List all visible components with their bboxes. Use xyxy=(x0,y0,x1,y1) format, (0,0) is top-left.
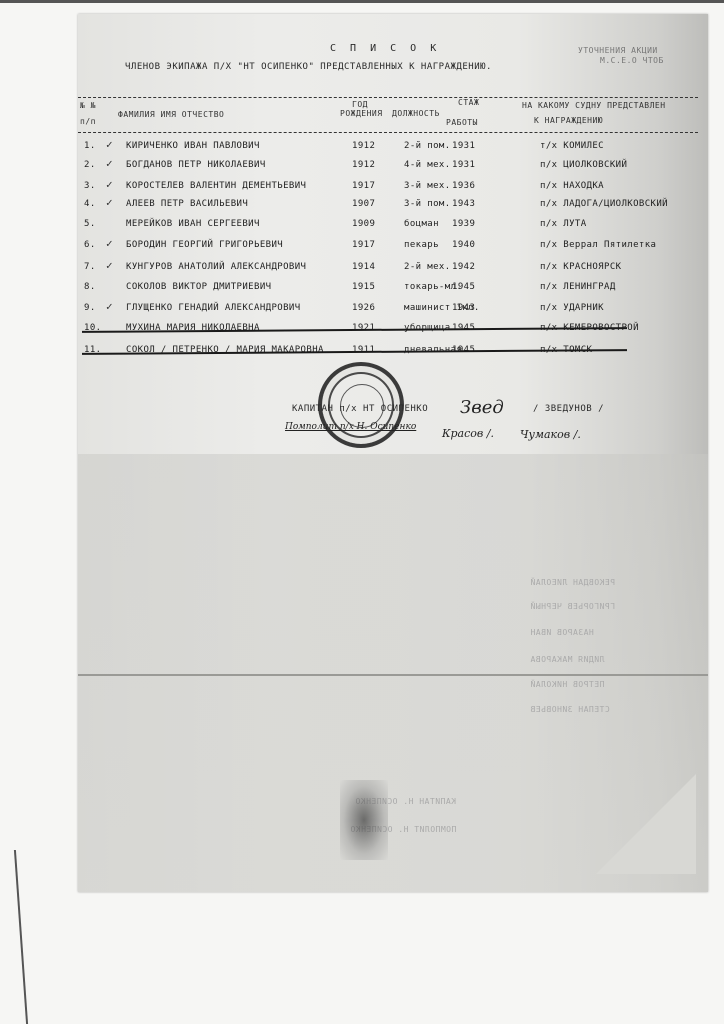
crew-name: АЛЕЕВ ПЕТР ВАСИЛЬЕВИЧ xyxy=(126,199,248,209)
third-signature: Чумаков /. xyxy=(520,428,581,441)
bleed-name: ПЕТРОВ НИКОЛАЙ xyxy=(530,680,604,689)
birth-year: 1914 xyxy=(352,262,375,272)
crew-name: КУНГУРОВ АНАТОЛИЙ АЛЕКСАНДРОВИЧ xyxy=(126,262,306,272)
crew-position: 2-й пом. xyxy=(404,141,451,151)
header-ship: НА КАКОМУ СУДНУ ПРЕДСТАВЛЕН xyxy=(522,101,666,110)
row-number: 4. xyxy=(84,199,96,209)
row-number: 5. xyxy=(84,219,96,229)
second-signature: Красов /. xyxy=(442,427,494,440)
birth-year: 1909 xyxy=(352,219,375,229)
birth-year: 1926 xyxy=(352,303,375,313)
crew-name: БОРОДИН ГЕОРГИЙ ГРИГОРЬЕВИЧ xyxy=(126,240,283,250)
work-since: 1943 xyxy=(452,303,475,313)
crew-name: КИРИЧЕНКО ИВАН ПАВЛОВИЧ xyxy=(126,141,260,151)
check-mark-icon: ✓ xyxy=(106,259,113,272)
bleed-name: ЛИДИЯ МАКАРОВА xyxy=(530,655,604,664)
birth-year: 1915 xyxy=(352,282,375,292)
check-mark-icon: ✓ xyxy=(106,138,113,151)
scan-edge xyxy=(0,0,724,3)
work-since: 1942 xyxy=(452,262,475,272)
crew-position: 3-й пом. xyxy=(404,199,451,209)
row-number: 1. xyxy=(84,141,96,151)
folded-corner xyxy=(596,774,696,874)
crew-position: 3-й мех. xyxy=(404,181,451,191)
captain-name: / ЗВЕДУНОВ / xyxy=(533,404,604,414)
scan-crack xyxy=(0,850,28,1024)
row-number: 9. xyxy=(84,303,96,313)
row-number: 8. xyxy=(84,282,96,292)
ship-name: п/х УДАРНИК xyxy=(540,303,604,313)
corner-note: М.С.Е.О ЧТОБ xyxy=(600,56,664,65)
header-name: ФАМИЛИЯ ИМЯ ОТЧЕСТВО xyxy=(118,110,224,119)
ship-name: п/х НАХОДКА xyxy=(540,181,604,191)
corner-note: УТОЧНЕНИЯ АКЦИИ xyxy=(578,46,658,55)
crew-name: БОГДАНОВ ПЕТР НИКОЛАЕВИЧ xyxy=(126,160,266,170)
crew-name: КОРОСТЕЛЕВ ВАЛЕНТИН ДЕМЕНТЬЕВИЧ xyxy=(126,181,306,191)
header-num: п/п xyxy=(80,117,96,126)
ship-name: п/х ЛАДОГА/ЦИОЛКОВСКИЙ xyxy=(540,199,668,209)
ship-name: п/х ЦИОЛКОВСКИЙ xyxy=(540,160,627,170)
check-mark-icon: ✓ xyxy=(106,178,113,191)
crew-position: пекарь xyxy=(404,240,439,250)
ship-name: п/х ЛУТА xyxy=(540,219,587,229)
ship-name: т/х КОМИЛЕС xyxy=(540,141,604,151)
handwritten-line: Помполит п/х Н. Осипенко xyxy=(285,422,416,432)
crew-name: ГЛУЩЕНКО ГЕНАДИЙ АЛЕКСАНДРОВИЧ xyxy=(126,303,301,313)
header-position: ДОЛЖНОСТЬ xyxy=(392,109,440,118)
header-year: РОЖДЕНИЯ xyxy=(340,109,383,118)
captain-signature: Звед xyxy=(460,397,504,418)
check-mark-icon: ✓ xyxy=(106,157,113,170)
crew-position: боцман xyxy=(404,219,439,229)
birth-year: 1917 xyxy=(352,181,375,191)
header-num: № № xyxy=(80,101,96,110)
birth-year: 1912 xyxy=(352,141,375,151)
bleed-name: СТЕПАН ЗИНОВЬЕВ xyxy=(530,705,610,714)
work-since: 1936 xyxy=(452,181,475,191)
bleed-name: НАЗАРОВ ИВАН xyxy=(530,628,594,637)
ink-blot xyxy=(340,780,388,860)
work-since: 1945 xyxy=(452,282,475,292)
row-number: 2. xyxy=(84,160,96,170)
work-since: 1943 xyxy=(452,199,475,209)
bleed-name: РЕКОВДАН ЛИЕОЛАЙ xyxy=(530,578,615,587)
table-rule xyxy=(78,97,698,98)
crew-name: СОКОЛОВ ВИКТОР ДМИТРИЕВИЧ xyxy=(126,282,271,292)
work-since: 1931 xyxy=(452,141,475,151)
crew-position: 2-й мех. xyxy=(404,262,451,272)
header-ship: К НАГРАЖДЕНИЮ xyxy=(534,116,603,125)
document-subtitle: ЧЛЕНОВ ЭКИПАЖА П/Х "НТ ОСИПЕНКО" ПРЕДСТА… xyxy=(125,62,492,72)
ship-name: п/х КРАСНОЯРСК xyxy=(540,262,621,272)
table-rule xyxy=(78,132,698,133)
check-mark-icon: ✓ xyxy=(106,237,113,250)
header-since: РАБОТЫ xyxy=(446,118,478,127)
bleed-name: ГРИГОРЬЕВ ЧЕРНЫЙ xyxy=(530,602,615,611)
document-title: С П И С О К xyxy=(330,43,440,54)
fold-line xyxy=(78,674,708,676)
crew-name: МЕРЕЙКОВ ИВАН СЕРГЕЕВИЧ xyxy=(126,219,260,229)
check-mark-icon: ✓ xyxy=(106,300,113,313)
row-number: 7. xyxy=(84,262,96,272)
ship-name: п/х ЛЕНИНГРАД xyxy=(540,282,616,292)
ship-name: п/х Веррал Пятилетка xyxy=(540,240,656,250)
birth-year: 1907 xyxy=(352,199,375,209)
header-since: СТАЖ xyxy=(458,98,479,107)
header-year: ГОД xyxy=(352,100,368,109)
birth-year: 1912 xyxy=(352,160,375,170)
captain-label: КАПИТАН п/х НТ ОСИПЕНКО xyxy=(292,404,428,414)
work-since: 1931 xyxy=(452,160,475,170)
check-mark-icon: ✓ xyxy=(106,196,113,209)
row-number: 3. xyxy=(84,181,96,191)
birth-year: 1917 xyxy=(352,240,375,250)
crew-position: 4-й мех. xyxy=(404,160,451,170)
work-since: 1939 xyxy=(452,219,475,229)
row-number: 6. xyxy=(84,240,96,250)
work-since: 1940 xyxy=(452,240,475,250)
